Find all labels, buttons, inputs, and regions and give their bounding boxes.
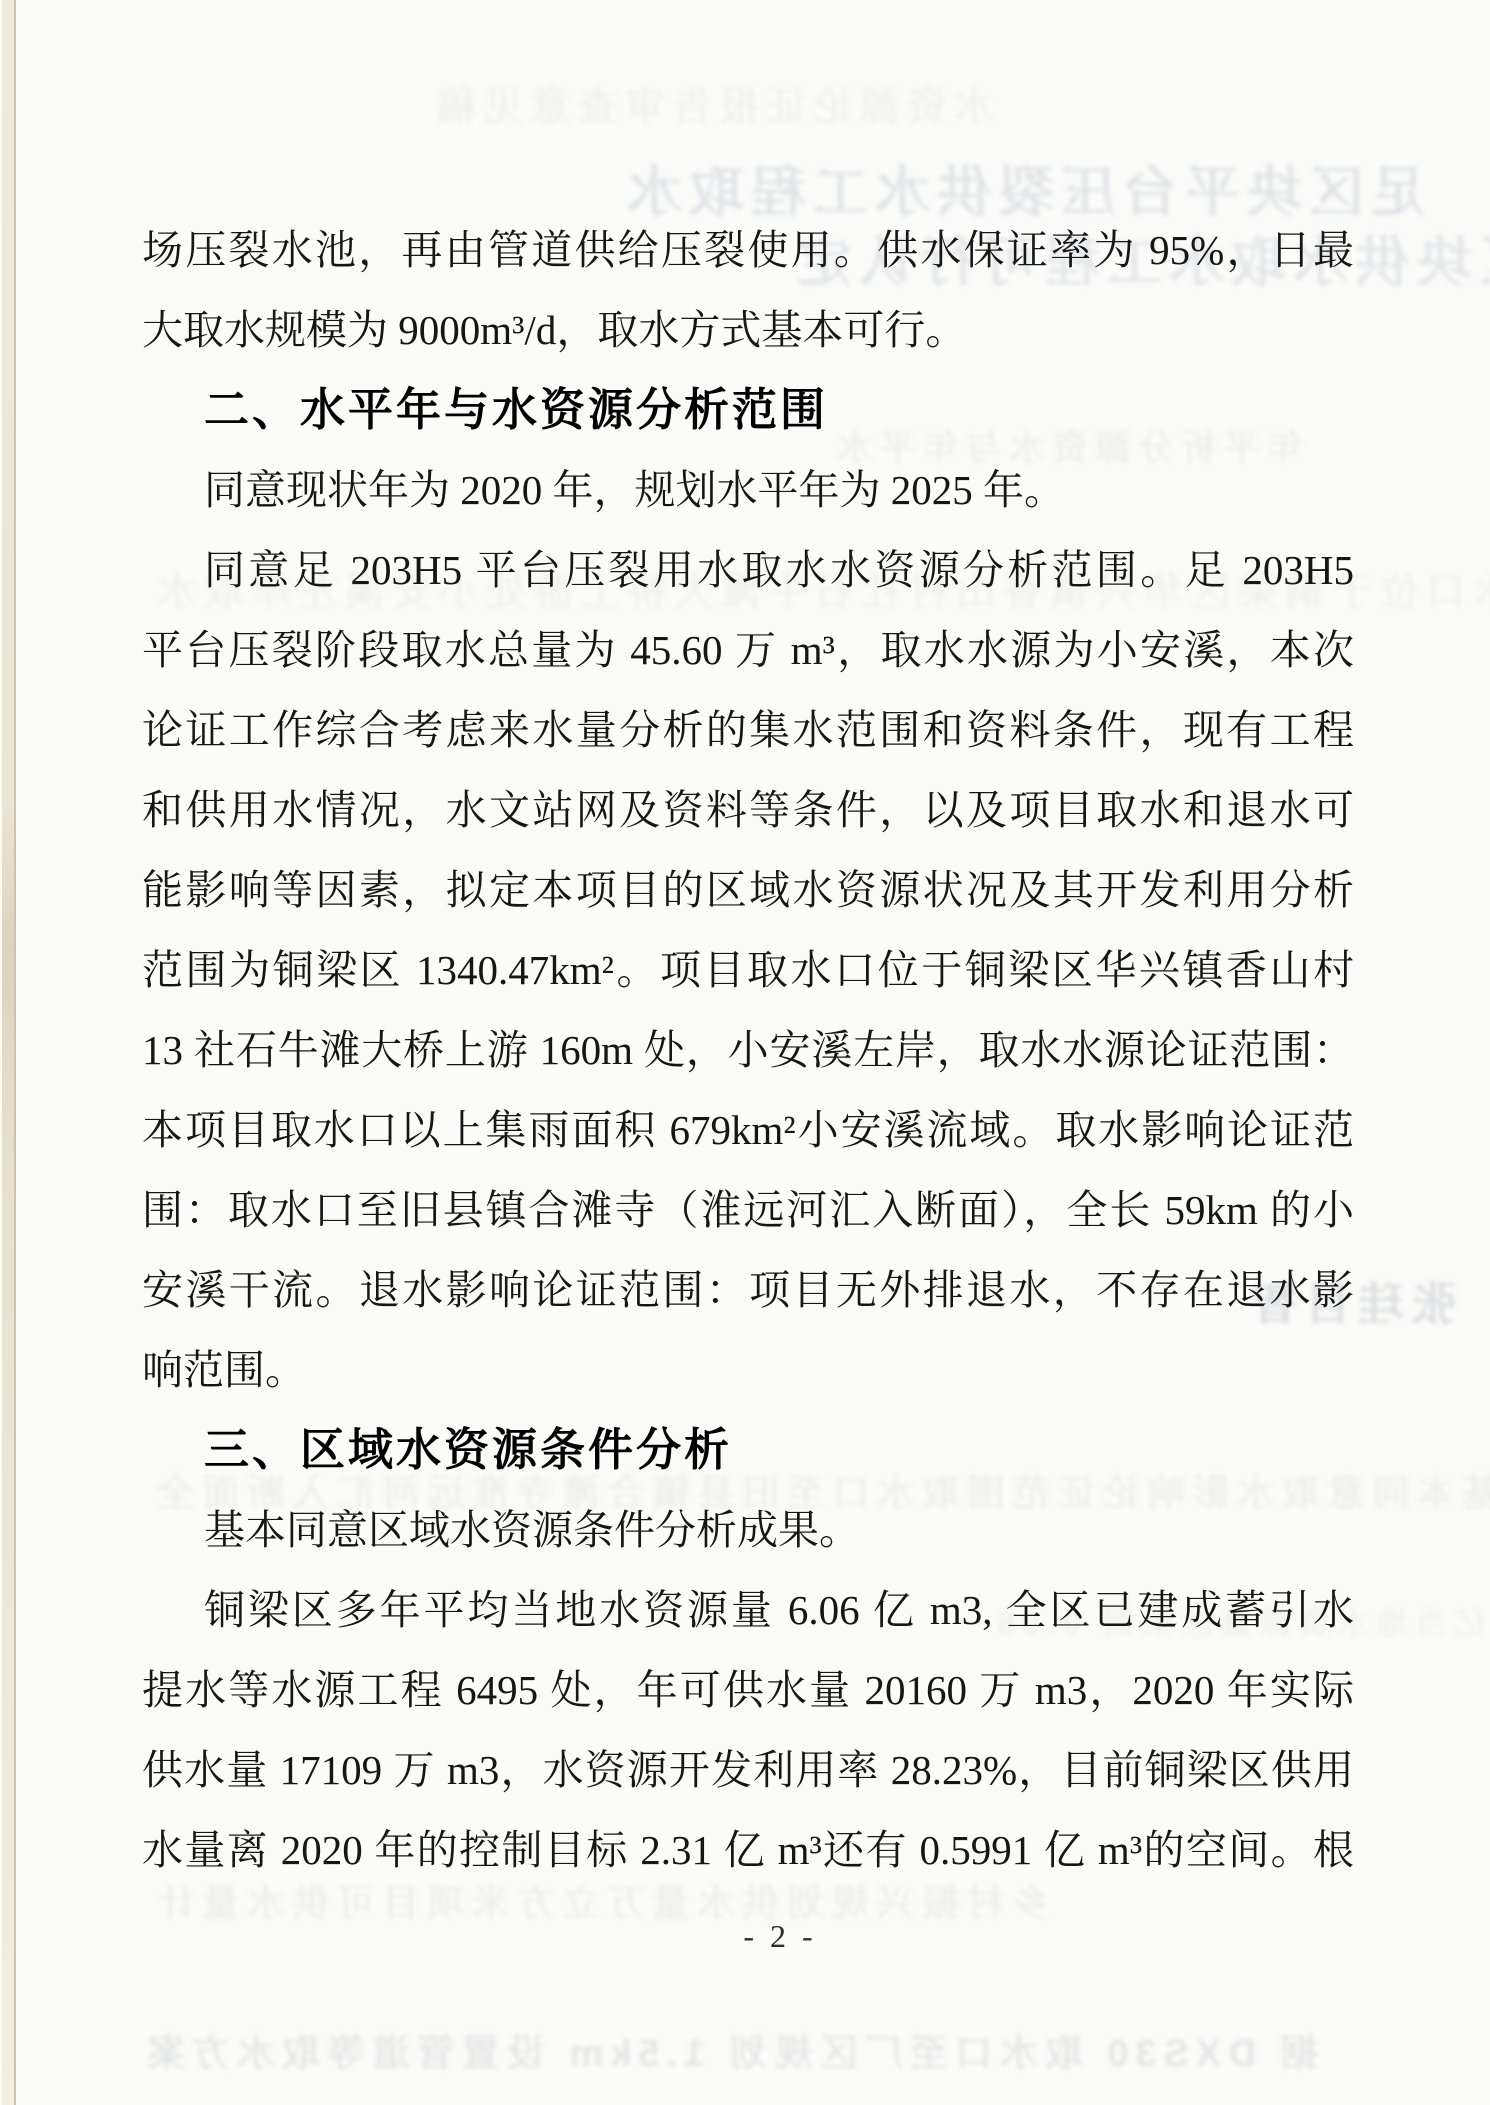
scan-edge-strip xyxy=(2,0,16,2105)
section-heading-3: 三、区域水资源条件分析 xyxy=(142,1410,1354,1490)
text-line: 能影响等因素，拟定本项目的区域水资源状况及其开发利用分析 xyxy=(142,850,1354,930)
text-line: 大取水规模为 9000m³/d，取水方式基本可行。 xyxy=(142,290,1354,370)
text-line: 基本同意区域水资源条件分析成果。 xyxy=(142,1490,1354,1570)
section-heading-2: 二、水平年与水资源分析范围 xyxy=(142,370,1354,450)
text-line: 和供用水情况，水文站网及资料等条件，以及项目取水和退水可 xyxy=(142,770,1354,850)
text-line: 本项目取水口以上集雨面积 679km²小安溪流域。取水影响论证范 xyxy=(142,1090,1354,1170)
text-line: 供水量 17109 万 m3，水资源开发利用率 28.23%，目前铜梁区供用 xyxy=(142,1730,1354,1810)
document-text-block: 场压裂水池，再由管道供给压裂使用。供水保证率为 95%，日最 大取水规模为 90… xyxy=(142,210,1354,1890)
text-line: 提水等水源工程 6495 处，年可供水量 20160 万 m3，2020 年实际 xyxy=(142,1650,1354,1730)
scanned-document-page: 水资源论证报告审查意见稿 足区块平台压裂供水工程取水 平台区块供水取水工程可行认… xyxy=(0,0,1490,2105)
text-line: 场压裂水池，再由管道供给压裂使用。供水保证率为 95%，日最 xyxy=(142,210,1354,290)
bleedthrough-text: 据 DXS30 取水口至厂区规划 1.5km 设置管道等取水方案 xyxy=(140,2022,1318,2077)
bleedthrough-text: 水资源论证报告审查意见稿 xyxy=(430,75,994,132)
page-number: - 2 - xyxy=(660,1918,900,1955)
text-line: 同意足 203H5 平台压裂用水取水水资源分析范围。足 203H5 xyxy=(142,530,1354,610)
text-line: 安溪干流。退水影响论证范围：项目无外排退水，不存在退水影 xyxy=(142,1250,1354,1330)
text-line: 水量离 2020 年的控制目标 2.31 亿 m³还有 0.5991 亿 m³的… xyxy=(142,1810,1354,1890)
text-line: 13 社石牛滩大桥上游 160m 处，小安溪左岸，取水水源论证范围： xyxy=(142,1010,1354,1090)
text-line: 论证工作综合考虑来水量分析的集水范围和资料条件，现有工程 xyxy=(142,690,1354,770)
text-line: 范围为铜梁区 1340.47km²。项目取水口位于铜梁区华兴镇香山村 xyxy=(142,930,1354,1010)
text-line: 平台压裂阶段取水总量为 45.60 万 m³，取水水源为小安溪，本次 xyxy=(142,610,1354,690)
text-line: 围：取水口至旧县镇合滩寺（淮远河汇入断面），全长 59km 的小 xyxy=(142,1170,1354,1250)
text-line: 铜梁区多年平均当地水资源量 6.06 亿 m3, 全区已建成蓄引水 xyxy=(142,1570,1354,1650)
text-line: 同意现状年为 2020 年，规划水平年为 2025 年。 xyxy=(142,450,1354,530)
text-line: 响范围。 xyxy=(142,1330,1354,1410)
